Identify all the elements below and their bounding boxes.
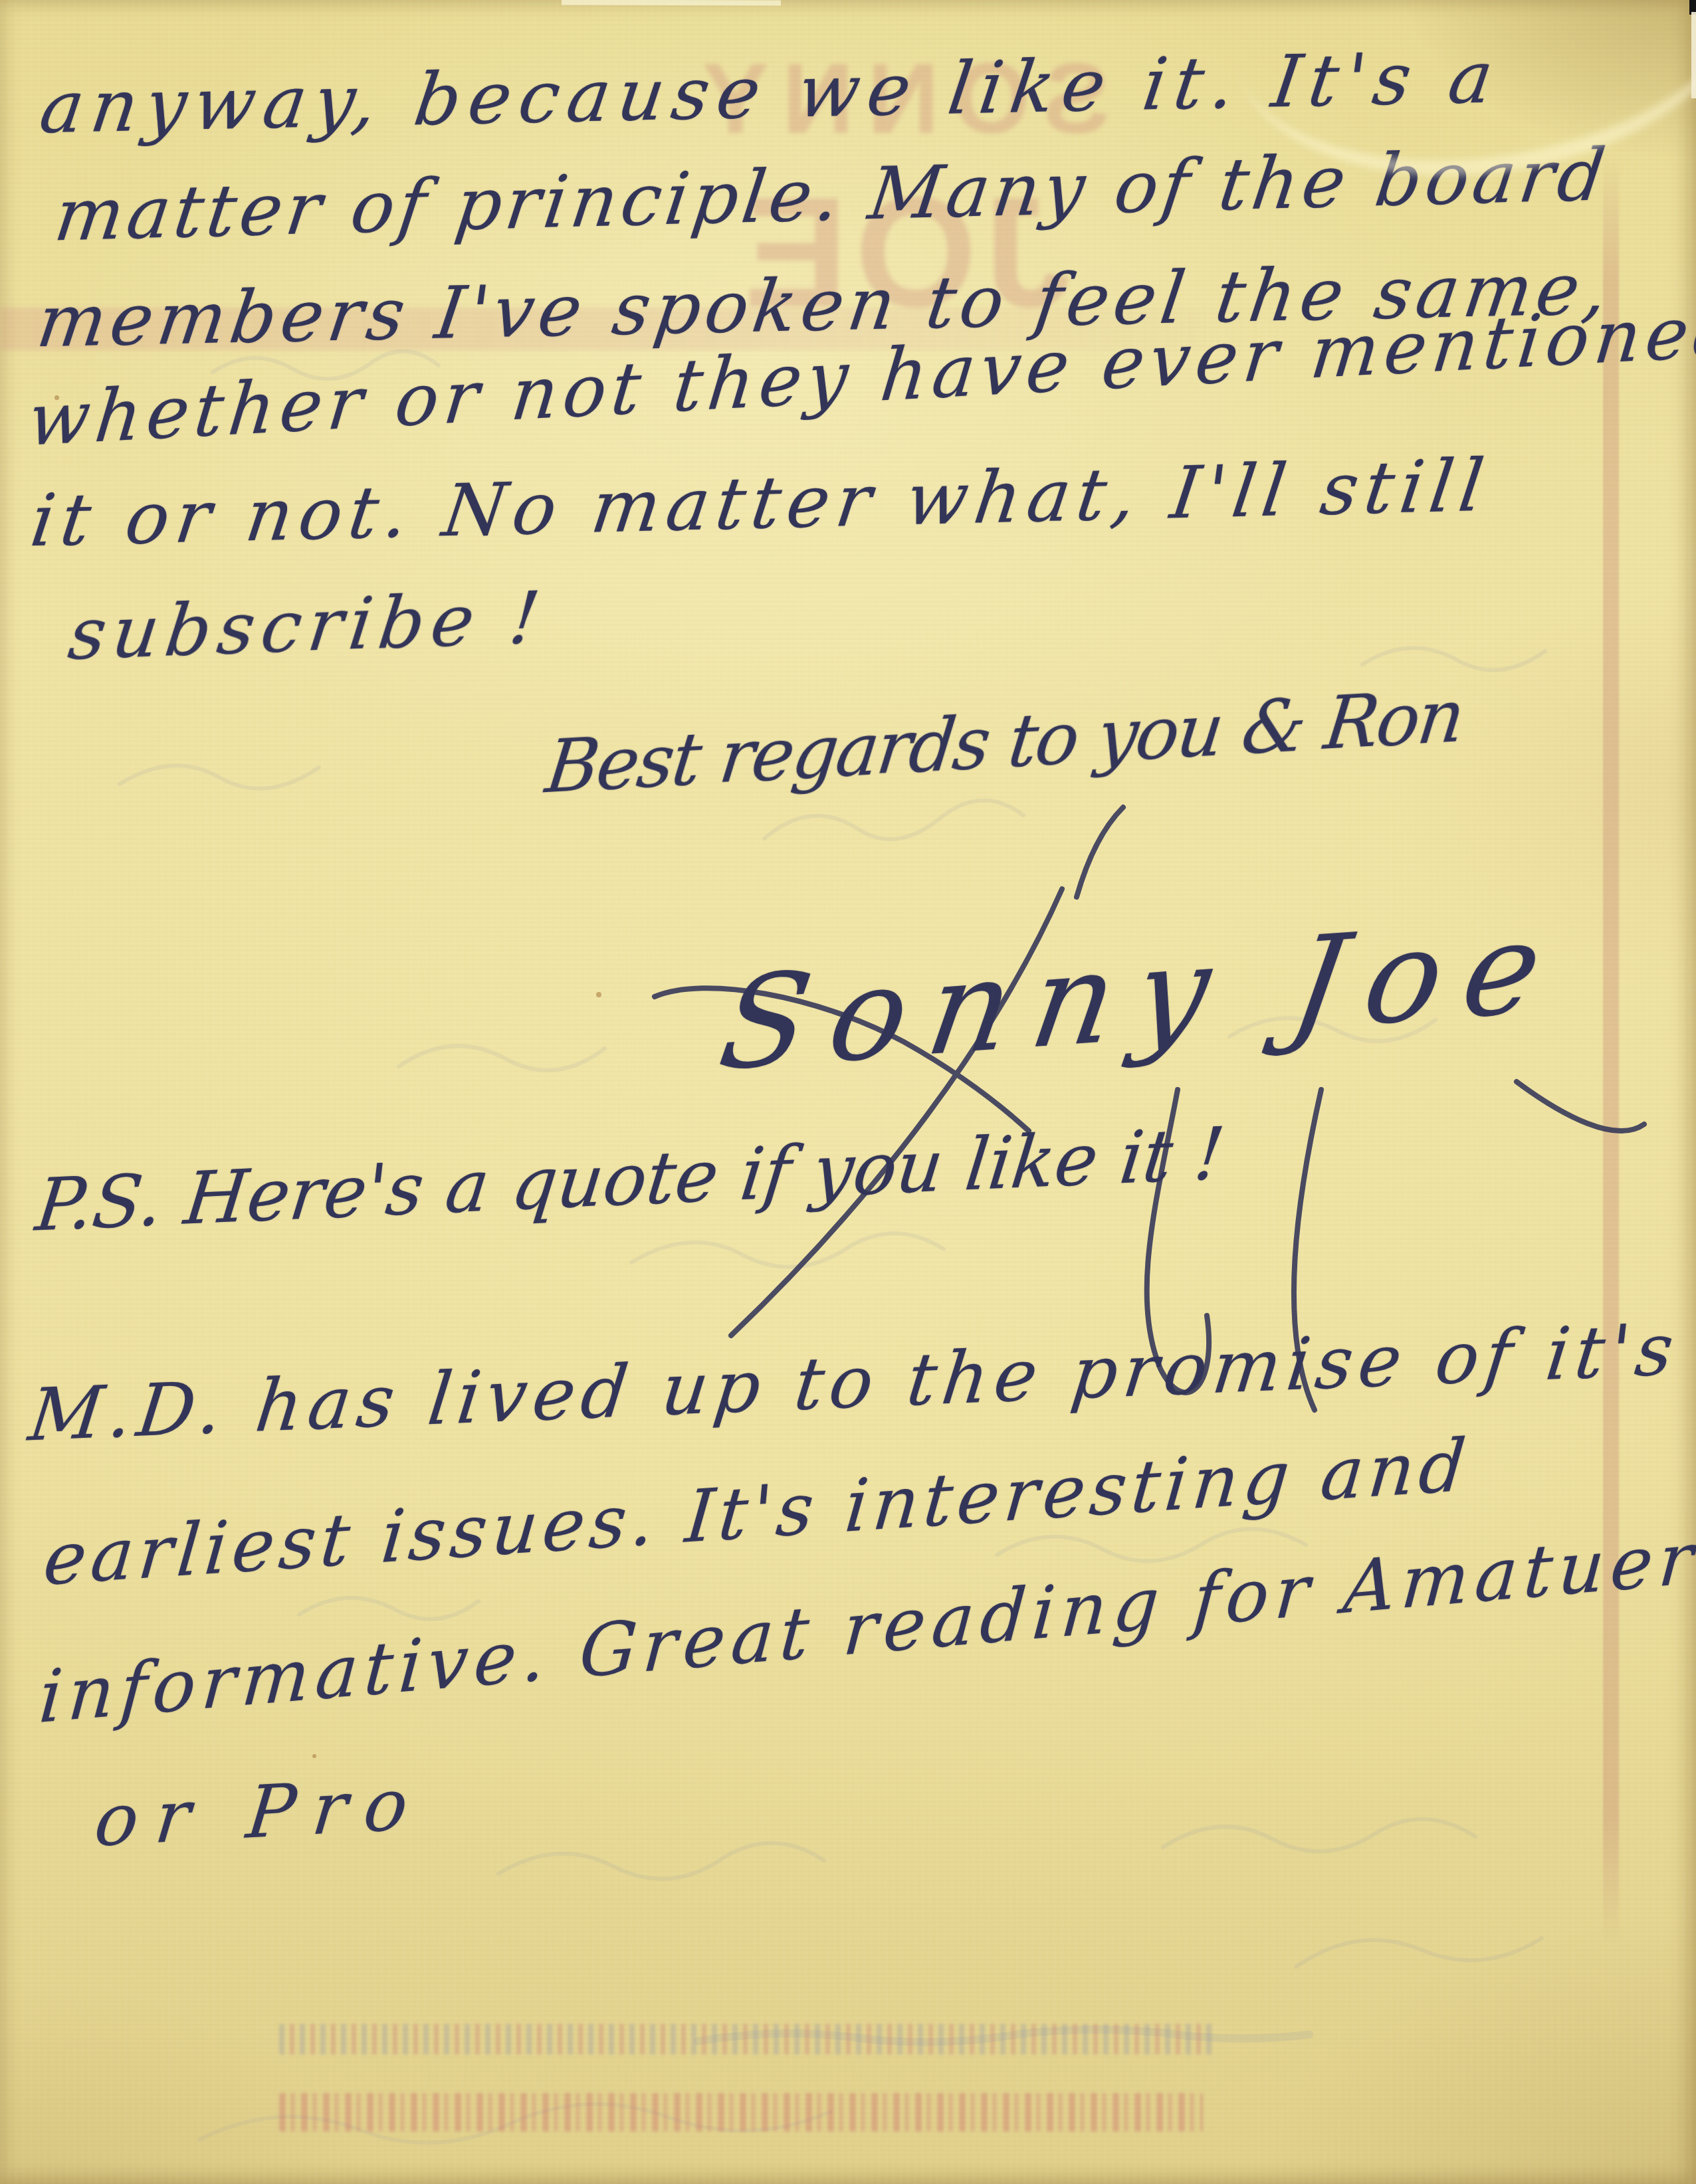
postscript-line: P.S. Here's a quote if you like it ! — [32, 1112, 1229, 1248]
paper-speck — [312, 1754, 316, 1758]
paper-speck — [596, 992, 601, 997]
quote-line: or Pro — [91, 1762, 429, 1863]
signature: Sonny Joe — [711, 892, 1574, 1099]
letter-line: it or not. No matter what, I'll still — [26, 444, 1495, 563]
letter-line: subscribe ! — [64, 576, 551, 676]
pink-margin-line — [1603, 156, 1619, 1943]
letter-page: SONNY JOE anyway, because we like it. It… — [0, 0, 1696, 2184]
footer-bleedthrough-line2 — [279, 2093, 1203, 2132]
paper-speck — [54, 395, 59, 400]
paper-top-edge — [562, 0, 781, 6]
scan-edge-sliver — [1691, 12, 1696, 98]
closing-line: Best regards to you & Ron — [542, 674, 1467, 809]
letter-line: matter of principle. Many of the board — [50, 134, 1613, 258]
footer-bleedthrough-line1 — [279, 2024, 1216, 2054]
letter-line: anyway, because we like it. It's a — [35, 36, 1506, 149]
